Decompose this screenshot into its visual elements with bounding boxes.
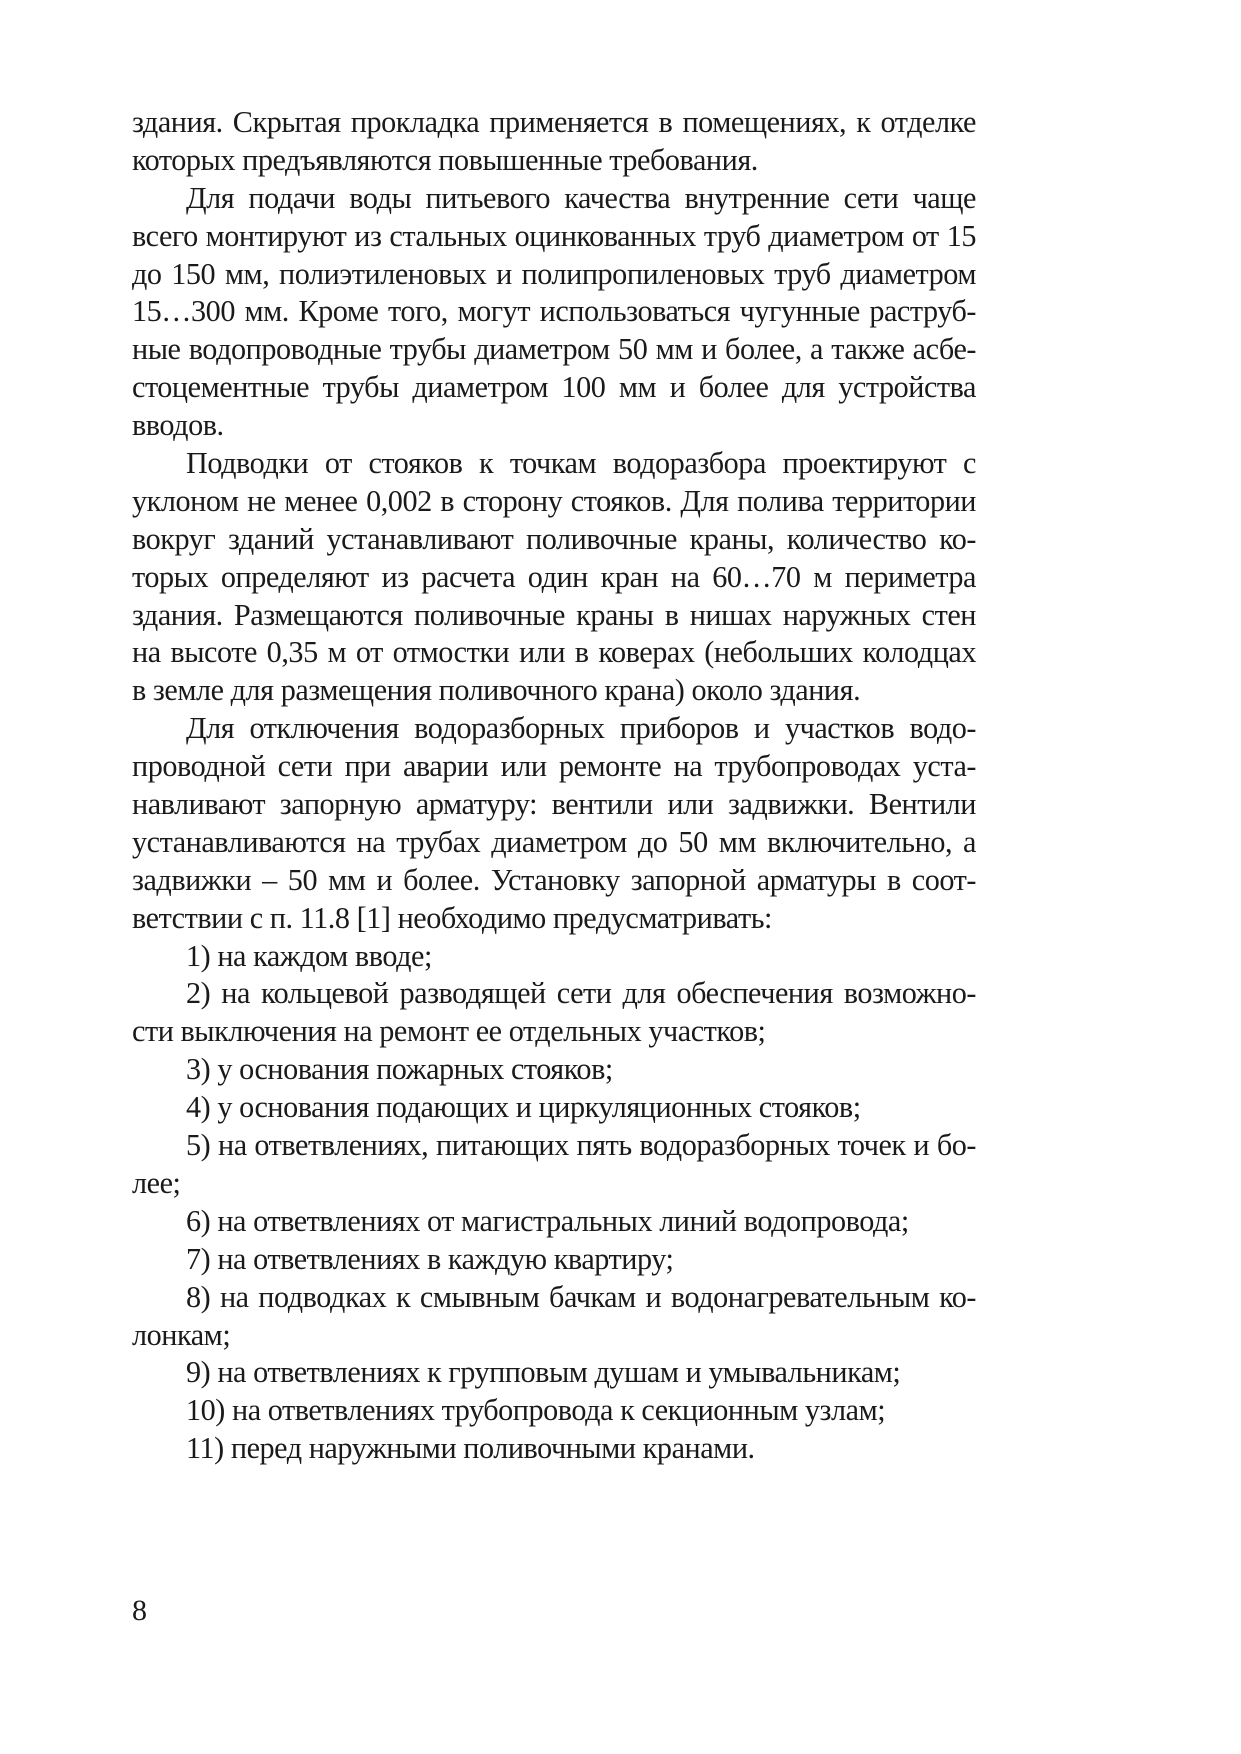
list-item: 2) на кольцевой разводящей сети для обес… bbox=[132, 975, 976, 1013]
text-line: задвижки – 50 мм и более. Установку запо… bbox=[132, 862, 976, 900]
text-line: здания. Скрытая прокладка применяется в … bbox=[132, 104, 976, 142]
text-line: 15…300 мм. Кроме того, могут использоват… bbox=[132, 293, 976, 331]
list-item-continuation: лонкам; bbox=[132, 1317, 976, 1355]
page-number: 8 bbox=[132, 1594, 147, 1628]
text-line: здания. Размещаются поливочные краны в н… bbox=[132, 597, 976, 635]
text-line: ные водопроводные трубы диаметром 50 мм … bbox=[132, 331, 976, 369]
list-item: 10) на ответвлениях трубопровода к секци… bbox=[132, 1392, 976, 1430]
page-body: здания. Скрытая прокладка применяется в … bbox=[132, 104, 976, 1468]
list-item-continuation: лее; bbox=[132, 1165, 976, 1203]
list-item: 3) у основания пожарных стояков; bbox=[132, 1051, 976, 1089]
list-item-continuation: сти выключения на ремонт ее отдельных уч… bbox=[132, 1013, 976, 1051]
text-line: устанавливаются на трубах диаметром до 5… bbox=[132, 824, 976, 862]
list-item: 8) на подводках к смывным бачкам и водон… bbox=[132, 1279, 976, 1317]
text-line: до 150 мм, полиэтиленовых и полипропилен… bbox=[132, 256, 976, 294]
text-line: вводов. bbox=[132, 407, 976, 445]
list-item: 1) на каждом вводе; bbox=[132, 938, 976, 976]
text-line: навливают запорную арматуру: вентили или… bbox=[132, 786, 976, 824]
text-line: на высоте 0,35 м от отмостки или в ковер… bbox=[132, 634, 976, 672]
list-item: 11) перед наружными поливочными кранами. bbox=[132, 1430, 976, 1468]
text-line: вокруг зданий устанавливают поливочные к… bbox=[132, 521, 976, 559]
paragraph-start-line: Для отключения водоразборных приборов и … bbox=[132, 710, 976, 748]
text-line: ветствии с п. 11.8 [1] необходимо предус… bbox=[132, 900, 976, 938]
list-item: 6) на ответвлениях от магистральных лини… bbox=[132, 1203, 976, 1241]
list-item: 5) на ответвлениях, питающих пять водора… bbox=[132, 1127, 976, 1165]
list-item: 7) на ответвлениях в каждую квартиру; bbox=[132, 1241, 976, 1279]
list-item: 4) у основания подающих и циркуляционных… bbox=[132, 1089, 976, 1127]
text-line: проводной сети при аварии или ремонте на… bbox=[132, 748, 976, 786]
text-line: в земле для размещения поливочного крана… bbox=[132, 672, 976, 710]
paragraph-start-line: Для подачи воды питьевого качества внутр… bbox=[132, 180, 976, 218]
text-line: торых определяют из расчета один кран на… bbox=[132, 559, 976, 597]
paragraph-start-line: Подводки от стояков к точкам водоразбора… bbox=[132, 445, 976, 483]
text-line: всего монтируют из стальных оцинкованных… bbox=[132, 218, 976, 256]
text-line: стоцементные трубы диаметром 100 мм и бо… bbox=[132, 369, 976, 407]
list-item: 9) на ответвлениях к групповым душам и у… bbox=[132, 1354, 976, 1392]
text-line: уклоном не менее 0,002 в сторону стояков… bbox=[132, 483, 976, 521]
text-line: которых предъявляются повышенные требова… bbox=[132, 142, 976, 180]
